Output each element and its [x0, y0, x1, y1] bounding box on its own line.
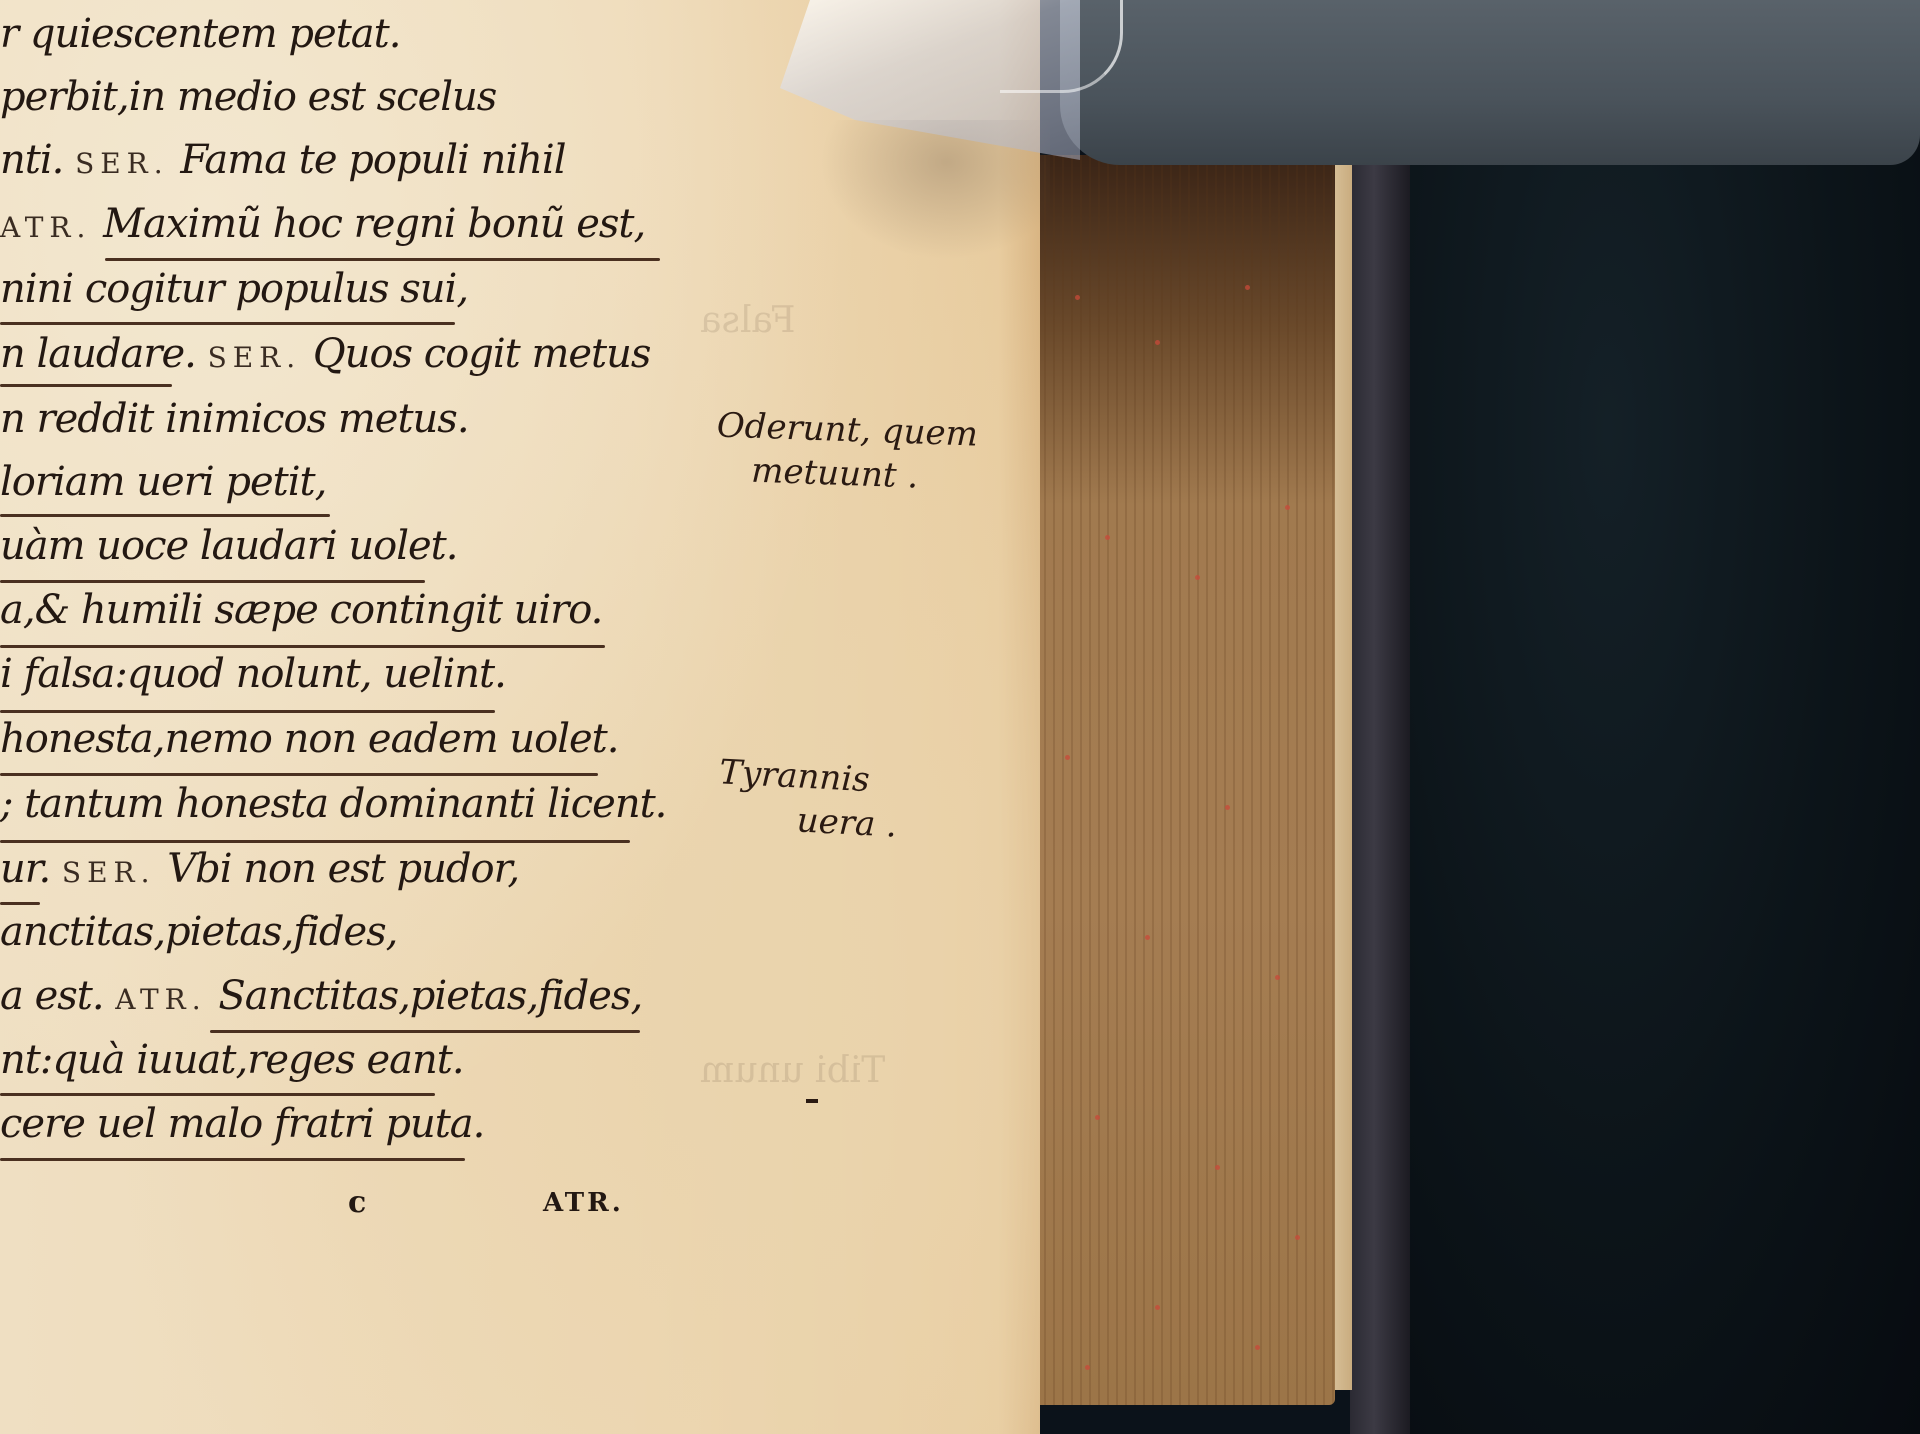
marginal-note-line: metuunt . [715, 447, 977, 500]
text-line-12: honesta,nemo non eadem uolet. [0, 715, 618, 763]
ink-underline [0, 902, 40, 905]
ink-dash-mark [806, 1099, 818, 1103]
text-line-1: r quiescentem petat. [0, 10, 400, 58]
ink-underline [0, 710, 495, 713]
text-line-8: loriam ueri petit, [0, 458, 326, 506]
catchword: ATR. [543, 1188, 624, 1218]
text-line-7: n reddit inimicos metus. [0, 395, 469, 443]
text-line-14: ur. SER. Vbi non est pudor, [0, 845, 519, 897]
red-speckles [1035, 155, 1335, 1405]
ink-underline [0, 773, 598, 776]
show-through-text: Falsa [700, 300, 795, 341]
ink-underline [0, 514, 330, 517]
text-line-17: nt:quà iuuat,reges eant. [0, 1036, 464, 1084]
text-line-10: a,& humili sæpe contingit uiro. [0, 586, 602, 634]
marginal-note-oderunt: Oderunt, quem metuunt . [715, 403, 979, 500]
text-line-3: nti. SER. Fama te populi nihil [0, 136, 566, 188]
photo-scene: Falsa Tibi unum r quiescentem petat. per… [0, 0, 1920, 1434]
text-line-15: anctitas,pietas,fides, [0, 908, 397, 956]
marginal-note-line: uera . [716, 794, 898, 847]
ink-underline [0, 1158, 465, 1161]
ink-underline [0, 840, 630, 843]
ink-underline [0, 322, 455, 325]
speaker-label: ATR. [115, 983, 206, 1016]
grey-cloth-weight [1060, 0, 1920, 165]
text-line-18: cere uel malo fratri puta. [0, 1100, 484, 1148]
dark-background [1400, 0, 1920, 1434]
book-fore-edge [1035, 155, 1335, 1405]
text-line-9: uàm uoce laudari uolet. [0, 522, 457, 570]
book-cover-edge [1350, 150, 1410, 1434]
ink-underline [210, 1030, 640, 1033]
speaker-label: SER. [62, 856, 156, 889]
speaker-label: SER. [208, 341, 302, 374]
ink-underline [0, 645, 605, 648]
ink-underline [0, 580, 425, 583]
text-line-11: i falsa:quod nolunt, uelint. [0, 650, 506, 698]
book-page: Falsa Tibi unum r quiescentem petat. per… [0, 0, 1040, 1434]
ink-underline [0, 1093, 435, 1096]
text-line-2: perbit,in medio est scelus [0, 73, 496, 121]
text-line-5: nini cogitur populus sui, [0, 265, 468, 313]
text-line-16: a est. ATR. Sanctitas,pietas,fides, [0, 972, 642, 1024]
marginal-note-line: Tyrannis [718, 750, 900, 803]
text-line-13: ; tantum honesta dominanti licent. [0, 780, 666, 828]
text-line-4: ATR. Maximũ hoc regni bonũ est, [0, 200, 645, 252]
show-through-text: Tibi unum [700, 1050, 885, 1091]
ink-underline [105, 258, 660, 261]
speaker-label: ATR. [0, 211, 91, 244]
signature-mark: c [348, 1185, 366, 1220]
text-line-6: n laudare. SER. Quos cogit metus [0, 330, 650, 382]
ink-underline [0, 384, 172, 387]
speaker-label: SER. [75, 147, 169, 180]
marginal-note-tyrannis: Tyrannis uera . [716, 750, 901, 847]
